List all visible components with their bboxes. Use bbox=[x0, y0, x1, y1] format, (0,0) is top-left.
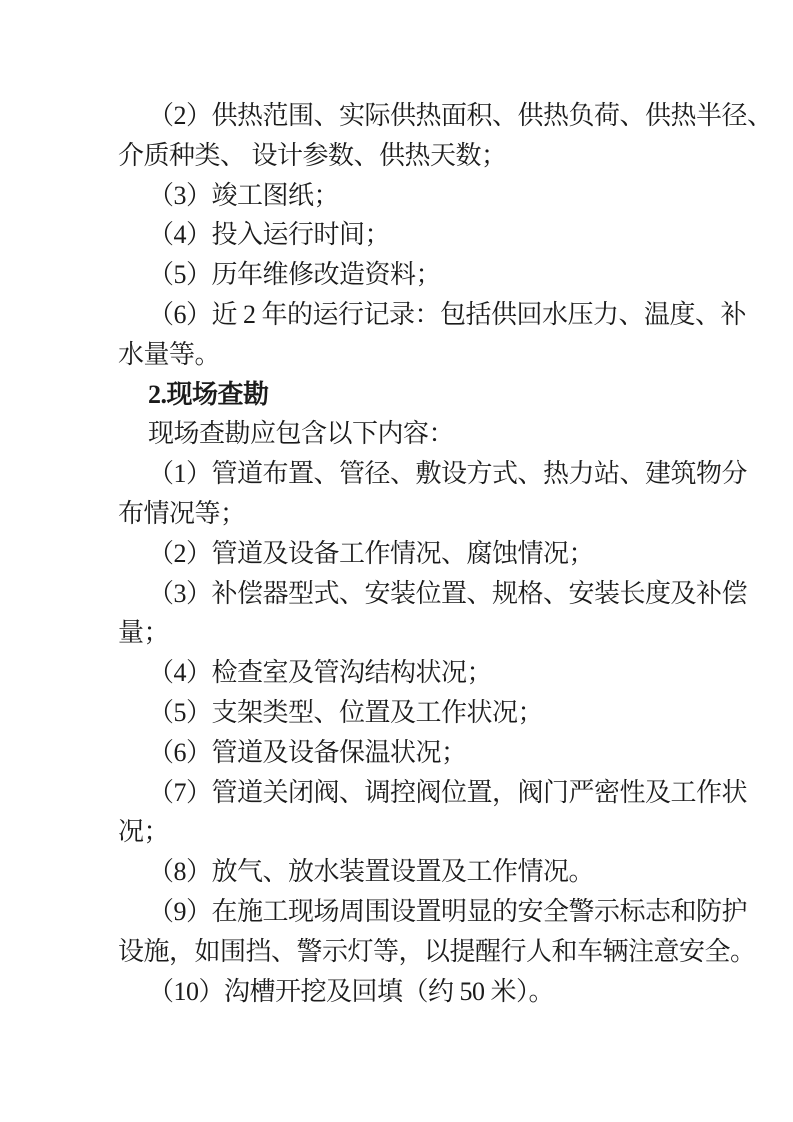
text-line: （6）管道及设备保温状况； bbox=[118, 733, 678, 773]
text-line: 设施，如围挡、警示灯等，以提醒行人和车辆注意安全。 bbox=[118, 932, 678, 972]
text-line: 水量等。 bbox=[118, 335, 678, 375]
text-line: （5）支架类型、位置及工作状况； bbox=[118, 693, 678, 733]
text-line: （7）管道关闭阀、调控阀位置，阀门严密性及工作状 bbox=[118, 773, 678, 813]
document-page: （2）供热范围、实际供热面积、供热负荷、供热半径、介质种类、 设计参数、供热天数… bbox=[0, 0, 793, 1122]
text-line: （1）管道布置、管径、敷设方式、热力站、建筑物分 bbox=[118, 454, 678, 494]
section-heading: 2.现场查勘 bbox=[118, 375, 678, 415]
text-line: 量； bbox=[118, 613, 678, 653]
text-line: 况； bbox=[118, 812, 678, 852]
text-line: 介质种类、 设计参数、供热天数； bbox=[118, 136, 678, 176]
text-line: （6）近 2 年的运行记录：包括供回水压力、温度、补 bbox=[118, 295, 678, 335]
text-line: 布情况等； bbox=[118, 494, 678, 534]
text-line: （4）投入运行时间； bbox=[118, 215, 678, 255]
text-line: （3）竣工图纸； bbox=[118, 176, 678, 216]
text-line: （3）补偿器型式、安装位置、规格、安装长度及补偿 bbox=[118, 574, 678, 614]
text-line: （9）在施工现场周围设置明显的安全警示标志和防护 bbox=[118, 892, 678, 932]
text-line: （5）历年维修改造资料； bbox=[118, 255, 678, 295]
document-text-block: （2）供热范围、实际供热面积、供热负荷、供热半径、介质种类、 设计参数、供热天数… bbox=[118, 96, 678, 1011]
text-line: （4）检查室及管沟结构状况； bbox=[118, 653, 678, 693]
text-line: 现场查勘应包含以下内容： bbox=[118, 414, 678, 454]
text-line: （10）沟槽开挖及回填（约 50 米）。 bbox=[118, 972, 678, 1012]
text-line: （2）供热范围、实际供热面积、供热负荷、供热半径、 bbox=[118, 96, 678, 136]
text-line: （2）管道及设备工作情况、腐蚀情况； bbox=[118, 534, 678, 574]
text-line: （8）放气、放水装置设置及工作情况。 bbox=[118, 852, 678, 892]
